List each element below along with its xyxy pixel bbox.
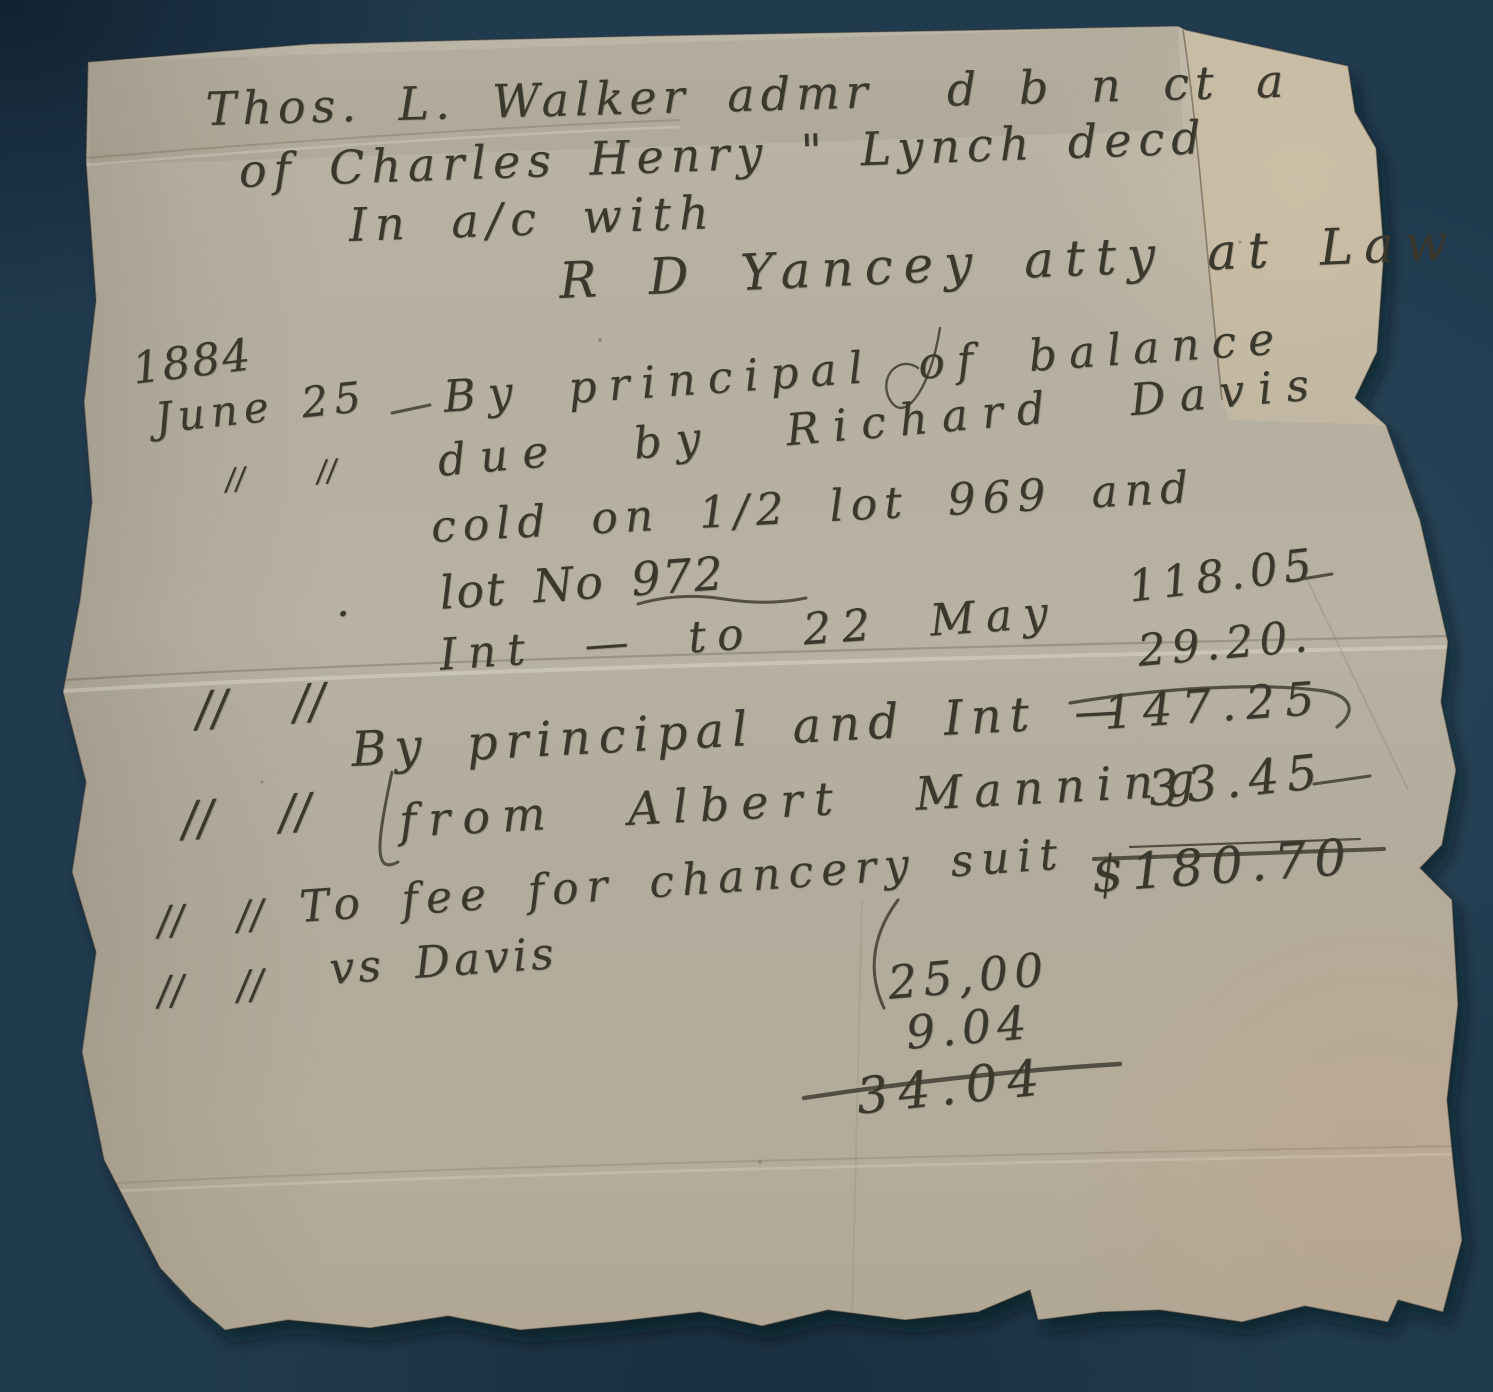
row-5-subtotal: 147.25 [1102,675,1326,736]
row-10-ditto: // // [156,965,265,1012]
row-11-amount: 9.04 [904,999,1034,1056]
paper-speck [598,338,602,342]
row-9-ditto: // // [156,895,265,942]
paper-speck [260,780,263,783]
row-3-dot: . [336,580,350,624]
row-5-ditto: // // [194,677,327,734]
header-line-3: In a/c with [348,189,717,248]
paper-speck [758,1160,762,1164]
row-7-ditto: // // [180,787,313,844]
document-photo: Thos. L. Walker admr d b n ct a of Charl… [0,0,1493,1392]
